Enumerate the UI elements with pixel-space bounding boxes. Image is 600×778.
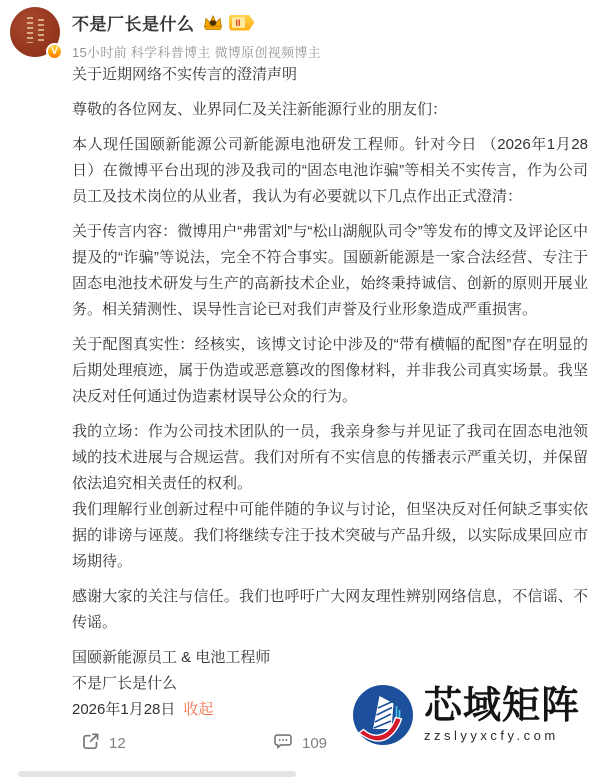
share-count: 12 xyxy=(109,735,126,752)
avatar[interactable]: V xyxy=(10,7,60,57)
watermark-logo-icon xyxy=(352,684,414,746)
paragraph-rumor-content: 关于传言内容：微博用户“弗雷刘”与“松山湖舰队司令”等发布的博文及评论区中提及的… xyxy=(72,219,588,323)
paragraph-industry: 我们理解行业创新过程中可能伴随的争议与讨论，但坚决反对任何缺乏事实依据的诽谤与诬… xyxy=(72,497,588,575)
post-header: V 不是厂长是什么 II 15小时前 科学科普博主 微博原创视频博主 xyxy=(10,7,321,61)
paragraph-my-position: 我的立场：作为公司技术团队的一员，我亲身参与并见证了我司在固态电池领域的技术进展… xyxy=(72,419,588,497)
share-icon xyxy=(80,731,101,755)
share-button[interactable]: 12 xyxy=(80,731,126,755)
comment-icon xyxy=(272,731,294,755)
watermark-title: 芯域矩阵 xyxy=(424,687,580,727)
author-column: 不是厂长是什么 II 15小时前 科学科普博主 微博原创视频博主 xyxy=(72,7,321,61)
comment-count: 109 xyxy=(302,735,327,752)
collapse-link[interactable]: 收起 xyxy=(183,701,213,718)
signature-role: 国颐新能源员工 & 电池工程师 xyxy=(72,645,588,671)
paragraph-intro: 本人现任国颐新能源公司新能源电池研发工程师。针对今日 （2026年1月28日）在… xyxy=(72,132,588,210)
weibo-post: V 不是厂长是什么 II 15小时前 科学科普博主 微博原创视频博主 关 xyxy=(0,0,600,778)
post-body: 关于近期网络不实传言的澄清声明 尊敬的各位网友、业界同仁及关注新能源行业的朋友们… xyxy=(72,62,588,723)
paragraph-title: 关于近期网络不实传言的澄清声明 xyxy=(72,62,588,88)
watermark: 芯域矩阵 zzslyyxcfy.com xyxy=(352,684,580,746)
member-level-badge: II xyxy=(229,15,255,31)
paragraph-thanks: 感谢大家的关注与信任。我们也呼吁广大网友理性辨别网络信息，不信谣、不传谣。 xyxy=(72,584,588,636)
bottom-divider xyxy=(18,771,296,777)
verified-v-icon: V xyxy=(46,43,63,60)
comment-button[interactable]: 109 xyxy=(272,731,327,755)
paragraph-greeting: 尊敬的各位网友、业界同仁及关注新能源行业的朋友们： xyxy=(72,97,588,123)
post-meta: 15小时前 科学科普博主 微博原创视频博主 xyxy=(72,42,321,61)
post-date: 2026年1月28日 xyxy=(72,701,175,718)
paragraph-image-authenticity: 关于配图真实性：经核实，该博文讨论中涉及的“带有横幅的配图”存在明显的后期处理痕… xyxy=(72,332,588,410)
watermark-url: zzslyyxcfy.com xyxy=(424,728,559,743)
crown-icon xyxy=(203,14,223,31)
author-name[interactable]: 不是厂长是什么 xyxy=(72,10,195,35)
